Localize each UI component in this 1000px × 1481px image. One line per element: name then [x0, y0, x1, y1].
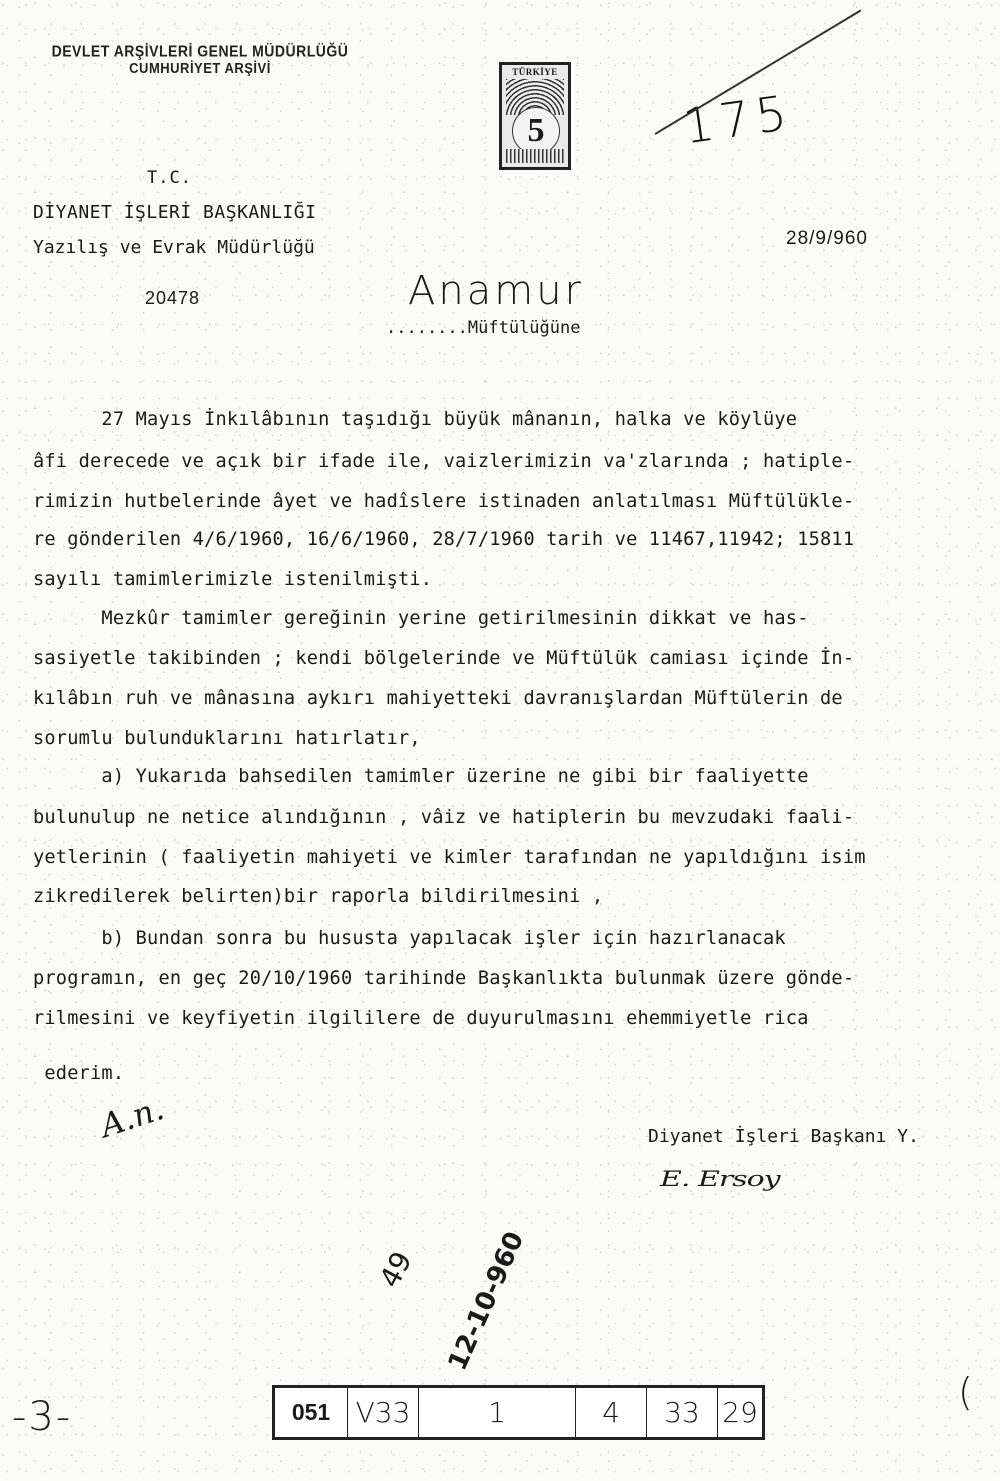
handwritten-initials: A.n. — [96, 1089, 169, 1145]
archive-header: DEVLET ARŞİVLERİ GENEL MÜDÜRLÜĞÜ CUMHURİ… — [50, 42, 350, 77]
page-marker: -3- — [12, 1394, 72, 1440]
body-line: sorumlu bulunduklarını hatırlatır, — [33, 727, 421, 749]
body-line: bulunulup ne netice alındığının , vâiz v… — [33, 806, 854, 828]
stamp-border-pattern — [506, 149, 564, 163]
body-line: zikredilerek belirten)bir raporla bildir… — [33, 885, 603, 907]
archive-ref-cell: 33 — [647, 1388, 718, 1437]
letterhead-department: Yazılış ve Evrak Müdürlüğü — [33, 237, 315, 258]
body-line: b) Bundan sonra bu hususta yapılacak işl… — [33, 927, 786, 949]
handwritten-folio-number: 175 — [680, 85, 796, 156]
reference-number: 20478 — [145, 288, 200, 309]
archive-ref-cell: 29 — [718, 1388, 762, 1437]
recipient-line: ........Müftülüğüne — [386, 318, 580, 338]
letterhead-country: T.C. — [147, 168, 192, 188]
body-line: sasiyetle takibinden ; kendi bölgelerind… — [33, 647, 854, 669]
body-line: âfi derecede ve açık bir ifade ile, vaiz… — [33, 450, 854, 472]
document-date: 28/9/960 — [786, 228, 868, 250]
archive-header-line2: CUMHURİYET ARŞİVİ — [50, 60, 350, 78]
archive-header-line1: DEVLET ARŞİVLERİ GENEL MÜDÜRLÜĞÜ — [50, 42, 350, 60]
signer-title: Diyanet İşleri Başkanı Y. — [648, 1126, 919, 1147]
body-line: kılâbın ruh ve mânasına aykırı mahiyette… — [33, 687, 843, 709]
body-line: rimizin hutbelerinde âyet ve hadîslere i… — [33, 490, 854, 512]
body-line: rilmesini ve keyfiyetin ilgililere de du… — [33, 1007, 809, 1029]
recipient-office: Müftülüğüne — [468, 318, 581, 338]
handwritten-receipt-date: 12-10-960 — [443, 1227, 531, 1375]
handwritten-receipt-number: 49 — [373, 1246, 419, 1293]
revenue-stamp-icon: TÜRKİYE 5 — [499, 62, 571, 170]
margin-mark: ( — [958, 1370, 973, 1414]
signature: E. Ersoy — [660, 1167, 780, 1192]
archive-ref-cell: 1 — [419, 1388, 576, 1437]
recipient-dots: ........ — [386, 318, 468, 338]
archive-reference-table: 051 V33 1 4 33 29 — [272, 1385, 765, 1440]
archive-ref-cell: 4 — [576, 1388, 647, 1437]
body-line: re gönderilen 4/6/1960, 16/6/1960, 28/7/… — [33, 528, 854, 550]
stamp-country: TÜRKİYE — [505, 67, 565, 77]
body-line: 27 Mayıs İnkılâbının taşıdığı büyük mâna… — [33, 408, 797, 430]
stamp-value: 5 — [512, 107, 560, 155]
body-line: ederim. — [33, 1062, 124, 1084]
body-line: yetlerinin ( faaliyetin mahiyeti ve kiml… — [33, 846, 866, 868]
recipient-place-handwritten: Anamur — [408, 268, 584, 314]
body-line: programın, en geç 20/10/1960 tarihinde B… — [33, 967, 854, 989]
archive-ref-cell: V33 — [348, 1388, 419, 1437]
archive-ref-cell: 051 — [275, 1388, 348, 1437]
body-line: sayılı tamimlerimizle istenilmişti. — [33, 568, 432, 590]
body-line: Mezkûr tamimler gereğinin yerine getiril… — [33, 607, 809, 629]
body-line: a) Yukarıda bahsedilen tamimler üzerine … — [33, 765, 809, 787]
letterhead-office: DİYANET İŞLERİ BAŞKANLIĞI — [33, 202, 316, 223]
